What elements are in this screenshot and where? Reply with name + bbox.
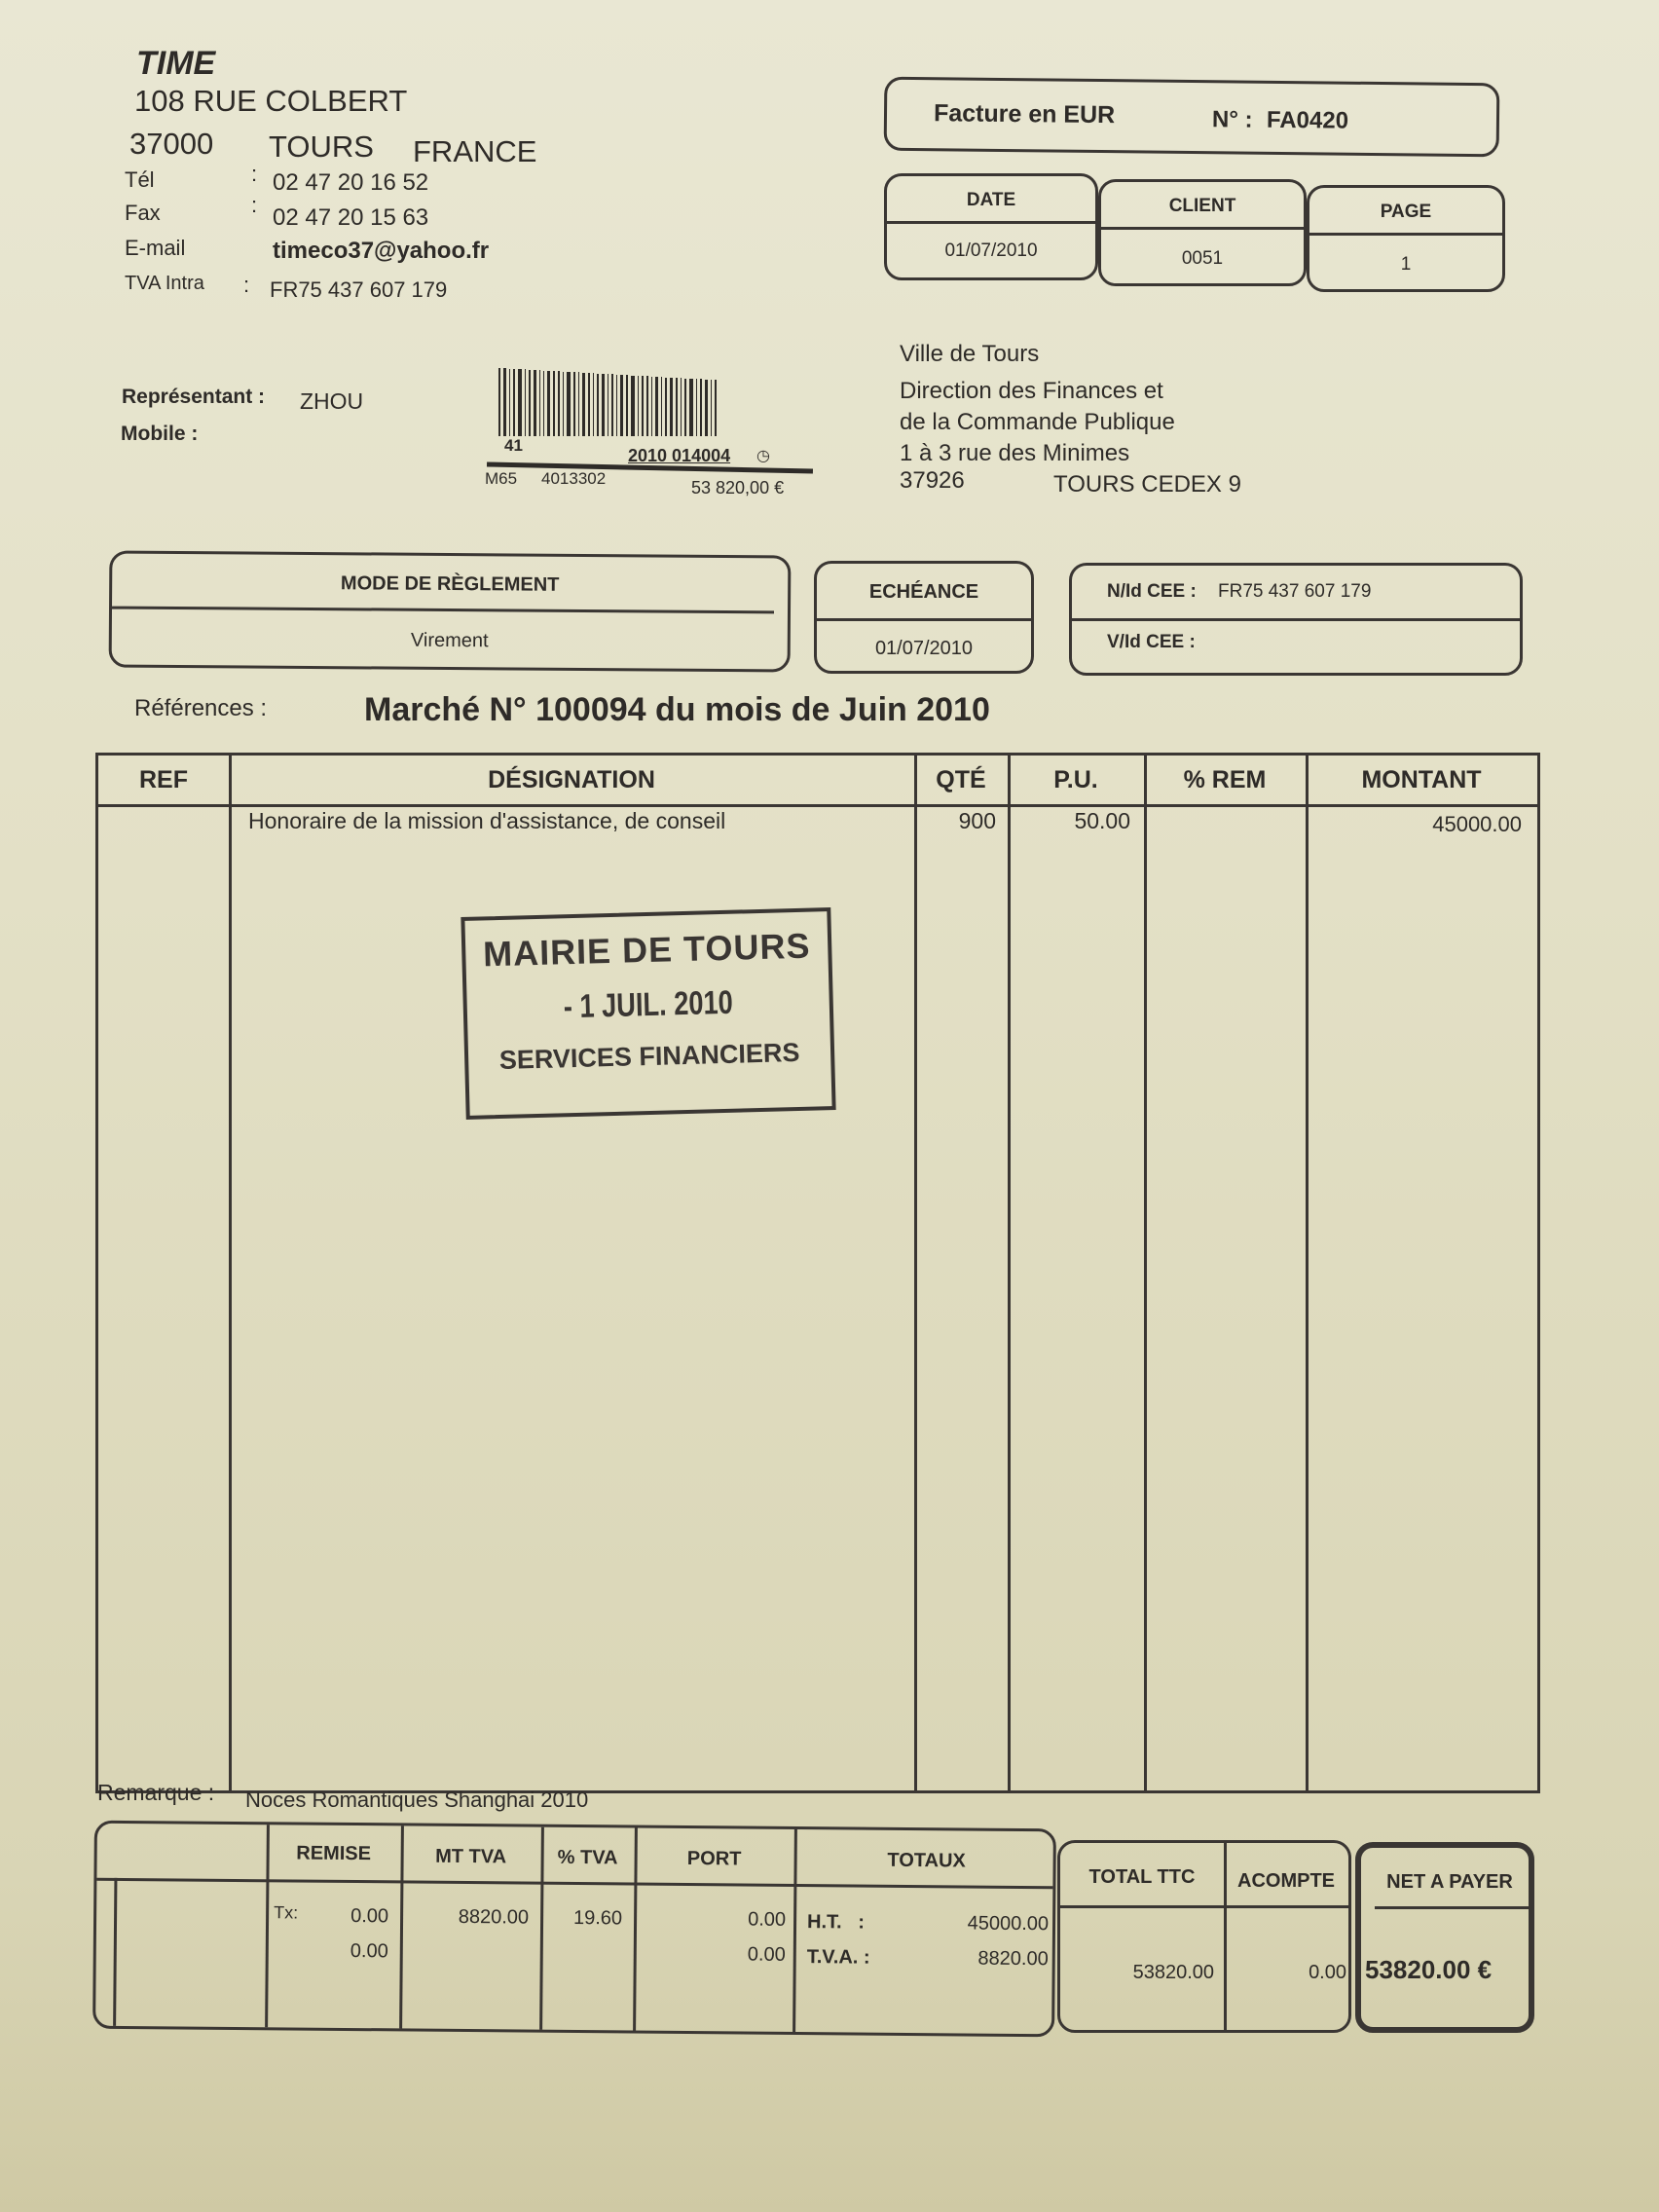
column-header-qty: QTÉ	[914, 756, 1008, 804]
port-value-1: 0.00	[634, 1908, 786, 1932]
totaux-header: TOTAUX	[794, 1849, 1059, 1873]
company-name: TIME	[136, 45, 215, 83]
payment-mode-box: MODE DE RÈGLEMENT Virement	[109, 551, 792, 673]
mt-tva-header: MT TVA	[401, 1845, 541, 1868]
cell-qty: 900	[914, 808, 996, 834]
acompte-value: 0.00	[1224, 1962, 1346, 1984]
ttc-value: 53820.00	[1060, 1962, 1214, 1984]
remark-value: Noces Romantiques Shanghai 2010	[245, 1788, 588, 1813]
phone-label: Tél	[125, 167, 155, 193]
ht-label: H.T. :	[807, 1911, 865, 1935]
references-value: Marché N° 100094 du mois de Juin 2010	[364, 691, 990, 729]
recipient-city: TOURS CEDEX 9	[1053, 471, 1241, 498]
column-header-amount: MONTANT	[1306, 756, 1537, 804]
fax-colon: :	[251, 193, 257, 218]
port-header: PORT	[635, 1848, 794, 1871]
net-to-pay-value: 53820.00 €	[1365, 1955, 1492, 1985]
ttc-label: TOTAL TTC	[1060, 1866, 1224, 1889]
barcode-bottom-left: M65	[485, 469, 517, 489]
remark-label: Remarque :	[97, 1780, 214, 1806]
acompte-label: ACOMPTE	[1224, 1870, 1348, 1893]
stamp-line-1: MAIRIE DE TOURS	[465, 925, 829, 976]
barcode	[498, 368, 781, 436]
tax-summary-box: REMISE MT TVA % TVA PORT TOTAUX Tx: 0.00…	[92, 1821, 1056, 2038]
company-zip: 37000	[129, 127, 213, 162]
barcode-code: 2010 014004	[628, 446, 730, 466]
recipient-line: de la Commande Publique	[900, 407, 1175, 438]
our-vat-id-value: FR75 437 607 179	[1218, 581, 1371, 603]
recipient-line: 1 à 3 rue des Minimes	[900, 438, 1175, 469]
recipient-line: Ville de Tours	[900, 339, 1175, 370]
remise-amount: 0.00	[266, 1939, 388, 1963]
recipient-zip: 37926	[900, 467, 965, 495]
port-value-2: 0.00	[634, 1943, 786, 1967]
date-value: 01/07/2010	[887, 240, 1095, 262]
stamp-line-2: - 1 JUIL. 2010	[503, 982, 794, 1028]
pct-tva-value: 19.60	[540, 1907, 622, 1931]
our-vat-id-label: N/Id CEE :	[1107, 581, 1197, 603]
due-date-label: ECHÉANCE	[817, 581, 1031, 604]
net-to-pay-box: NET A PAYER 53820.00 €	[1355, 1842, 1534, 2033]
column-header-ref: REF	[98, 756, 229, 804]
your-vat-id-label: V/Id CEE :	[1107, 632, 1196, 653]
company-street: 108 RUE COLBERT	[134, 84, 407, 119]
email-label: E-mail	[125, 236, 185, 261]
invoice-title-box: Facture en EUR N° : FA0420	[884, 77, 1500, 158]
vat-value: FR75 437 607 179	[270, 277, 447, 303]
ttc-box: TOTAL TTC ACOMPTE 53820.00 0.00	[1057, 1840, 1351, 2033]
vat-colon: :	[243, 273, 249, 298]
invoice-number-label: N° :	[1212, 106, 1253, 133]
due-date-box: ECHÉANCE 01/07/2010	[814, 561, 1034, 674]
client-value: 0051	[1101, 248, 1304, 270]
vat-label: TVA Intra	[125, 273, 204, 295]
invoice-title: Facture en EUR	[934, 99, 1115, 129]
payment-mode-label: MODE DE RÈGLEMENT	[112, 571, 788, 599]
column-header-unit-price: P.U.	[1008, 756, 1144, 804]
net-to-pay-label: NET A PAYER	[1371, 1871, 1529, 1894]
remise-tx-value: 0.00	[266, 1904, 388, 1928]
column-header-designation: DÉSIGNATION	[229, 756, 914, 804]
date-label: DATE	[887, 190, 1095, 211]
tva-value: 8820.00	[895, 1947, 1049, 1971]
column-header-discount: % REM	[1144, 756, 1306, 804]
clock-icon: ◷	[756, 446, 770, 465]
references-label: Références :	[134, 695, 267, 722]
date-box: DATE 01/07/2010	[884, 173, 1098, 280]
page-label: PAGE	[1309, 202, 1502, 223]
fax-value: 02 47 20 15 63	[273, 204, 428, 232]
invoice-number: FA0420	[1267, 107, 1348, 135]
phone-colon: :	[251, 162, 257, 187]
email-value: timeco37@yahoo.fr	[273, 238, 489, 265]
cell-amount: 45000.00	[1306, 812, 1522, 837]
page-box: PAGE 1	[1307, 185, 1505, 292]
recipient-line: Direction des Finances et	[900, 376, 1175, 407]
received-stamp: MAIRIE DE TOURS - 1 JUIL. 2010 SERVICES …	[461, 907, 835, 1120]
client-box: CLIENT 0051	[1098, 179, 1307, 286]
barcode-top-left: 41	[504, 436, 523, 456]
recipient-address: Ville de Tours Direction des Finances et…	[900, 339, 1175, 469]
representative-label: Représentant :	[122, 386, 265, 409]
phone-value: 02 47 20 16 52	[273, 169, 428, 197]
stamp-line-3: SERVICES FINANCIERS	[468, 1037, 831, 1077]
client-label: CLIENT	[1101, 196, 1304, 217]
barcode-amount: 53 820,00 €	[691, 478, 784, 498]
remise-header: REMISE	[267, 1842, 401, 1865]
company-country: FRANCE	[413, 134, 536, 169]
barcode-bottom-mid: 4013302	[541, 469, 606, 489]
fax-label: Fax	[125, 201, 161, 226]
representative-value: ZHOU	[300, 388, 363, 415]
mt-tva-value: 8820.00	[400, 1905, 529, 1929]
vat-ids-box: N/Id CEE : FR75 437 607 179 V/Id CEE :	[1069, 563, 1523, 676]
page-value: 1	[1309, 254, 1502, 276]
ht-value: 45000.00	[895, 1912, 1049, 1935]
due-date-value: 01/07/2010	[817, 638, 1031, 660]
tva-label: T.V.A. :	[807, 1946, 870, 1970]
cell-designation: Honoraire de la mission d'assistance, de…	[248, 808, 725, 834]
mobile-label: Mobile :	[121, 423, 198, 446]
pct-tva-header: % TVA	[541, 1847, 635, 1870]
cell-unit-price: 50.00	[1008, 808, 1130, 834]
payment-mode-value: Virement	[112, 628, 788, 655]
company-city: TOURS	[269, 129, 374, 165]
